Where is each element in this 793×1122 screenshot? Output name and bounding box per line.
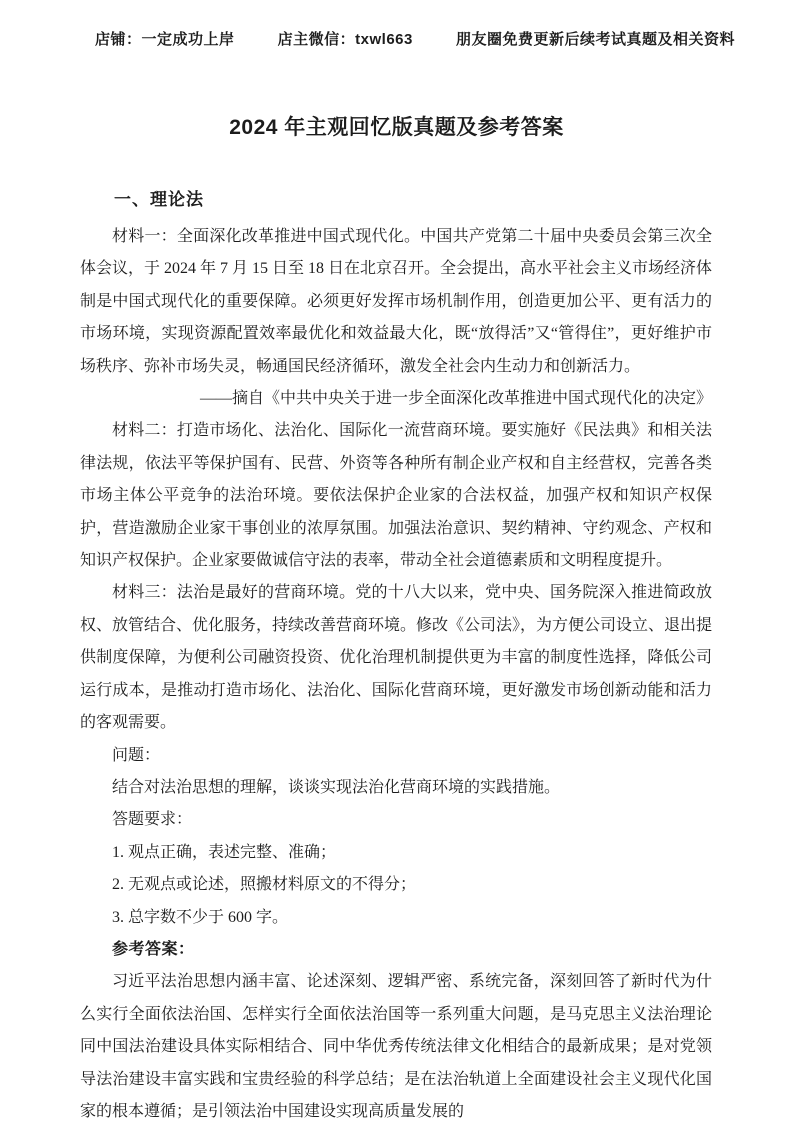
answer-text: 习近平法治思想内涵丰富、论述深刻、逻辑严密、系统完备，深刻回答了新时代为什么实行… (80, 966, 712, 1122)
question-label: 问题： (80, 740, 712, 772)
question-text: 结合对法治思想的理解，谈谈实现法治化营商环境的实践措施。 (80, 772, 712, 804)
source-citation: ——摘自《中共中央关于进一步全面深化改革推进中国式现代化的决定》 (80, 383, 712, 415)
requirements-label: 答题要求： (80, 804, 712, 836)
section-heading-theory-law: 一、理论法 (114, 185, 793, 210)
paragraph-material-1: 材料一：全面深化改革推进中国式现代化。中国共产党第二十届中央委员会第三次全体会议… (80, 221, 712, 383)
document-page: 店铺：一定成功上岸 店主微信：txwl663 朋友圈免费更新后续考试真题及相关资… (0, 0, 793, 1122)
document-body: 材料一：全面深化改革推进中国式现代化。中国共产党第二十届中央委员会第三次全体会议… (0, 221, 793, 1122)
wechat-contact-label: 店主微信：txwl663 (278, 28, 413, 49)
requirement-item-1: 1. 观点正确，表述完整、准确； (80, 837, 712, 869)
paragraph-material-3: 材料三：法治是最好的营商环境。党的十八大以来，党中央、国务院深入推进简政放权、放… (80, 577, 712, 739)
shop-name-label: 店铺：一定成功上岸 (95, 28, 235, 49)
promo-label: 朋友圈免费更新后续考试真题及相关资料 (456, 28, 735, 49)
answer-label: 参考答案： (80, 934, 712, 966)
document-title: 2024 年主观回忆版真题及参考答案 (0, 111, 793, 141)
requirement-item-3: 3. 总字数不少于 600 字。 (80, 902, 712, 934)
paragraph-material-2: 材料二：打造市场化、法治化、国际化一流营商环境。要实施好《民法典》和相关法律法规… (80, 415, 712, 577)
page-header: 店铺：一定成功上岸 店主微信：txwl663 朋友圈免费更新后续考试真题及相关资… (0, 0, 793, 49)
requirement-item-2: 2. 无观点或论述，照搬材料原文的不得分； (80, 869, 712, 901)
